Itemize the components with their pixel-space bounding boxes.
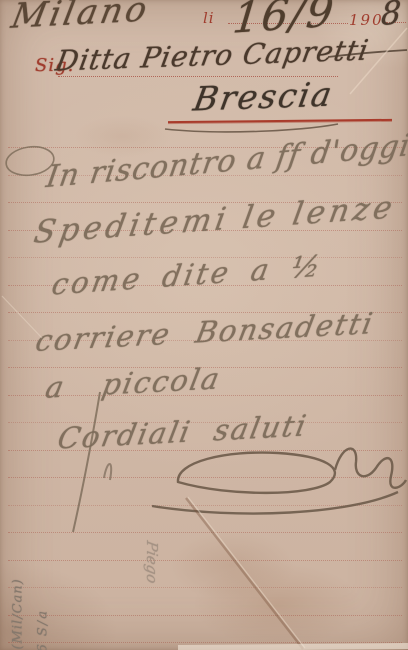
body-line-2: Speditemi le lenze [31,189,399,251]
ruled-line [8,532,402,533]
handwritten-destination: Brescia [191,74,337,118]
printed-li-label: li [203,9,215,27]
brescia-ink-underline [165,124,338,132]
pencil-annotation-left-2: 6 S/a [36,543,51,650]
crease-left [2,296,42,338]
ruled-line [8,560,402,561]
printed-year: 190 [349,11,384,29]
ruled-line [8,587,402,588]
handwritten-city: Milano [8,0,153,37]
ruled-line [8,505,402,506]
ruled-line [8,615,402,616]
postcard-paper: Milano li 16/9 190 8 Sig. Ditta Pietro C… [0,0,408,650]
ruled-line [8,477,402,478]
body-line-4: corriere Bonsadetti [33,306,377,358]
stray-slash-stroke [73,392,100,532]
handwritten-addressee: Ditta Pietro Capretti [53,33,371,77]
bottom-edge-wear [178,643,408,650]
handwritten-year-digit: 8 [380,0,402,33]
pencil-annotation-center: Piego [143,539,161,632]
crease-main-highlight [188,497,305,648]
crease-main-shadow [186,498,303,649]
body-line-1: In riscontro a ff d'oggi [44,128,408,195]
destination-red-underline [168,119,392,123]
pencil-annotation-left-1: (Mil/Can) [11,540,26,650]
